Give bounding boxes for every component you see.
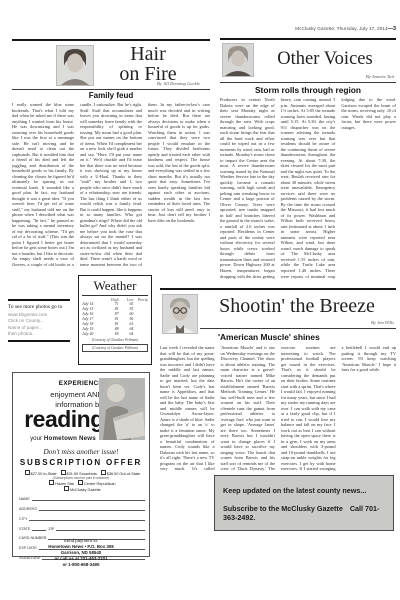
reading-photo (99, 378, 145, 440)
breeze-title: Shootin' the Breeze (198, 296, 396, 316)
ad-payment-block: Send payment to: Hometown News • P.O. Bo… (13, 538, 149, 568)
hair-byline: By Jill Denning Gackle (100, 81, 200, 86)
woman-portrait-icon (57, 46, 93, 85)
field-line-state-zip: STATEZIP (19, 527, 145, 531)
checkbox-icon (61, 470, 66, 475)
checkbox-icon (49, 480, 54, 485)
divider-rule (220, 82, 396, 83)
photos-note: To see more photos go to www.bhgnews.com… (8, 298, 70, 345)
man-portrait-icon (163, 295, 197, 333)
other-voices-title: Other Voices (254, 50, 396, 69)
photos-note-line: then photos. (8, 331, 70, 336)
banner-subscribe-text: Subscribe to the McClusky Gazette (223, 504, 343, 513)
columnist-photo-gackle (56, 45, 94, 86)
hair-headline: Family feud (12, 91, 210, 100)
checkbox-icon (78, 480, 83, 485)
ad-enjoyment: enjoyment AND (17, 390, 103, 399)
checkbox-icon (25, 470, 30, 475)
title-line1: Hair (98, 44, 198, 64)
photos-note-line: Click on County... (8, 318, 70, 323)
newspaper-page: McClusky Gazette; Thursday, July 17, 201… (0, 0, 400, 600)
subscribe-banner: Keep updated on the latest county news..… (214, 475, 394, 531)
ad-tagline: your Hometown News (17, 435, 109, 442)
photos-note-line: Name of paper... (8, 325, 70, 330)
divider-rule (200, 328, 396, 329)
voices-byline: By Annette Tait (280, 74, 394, 79)
weather-row: July 208564 (82, 332, 148, 337)
reading-person-icon (99, 378, 145, 440)
divider-rule (12, 89, 210, 90)
payment-line: or 1-800-658-3485 (13, 562, 149, 568)
ad-reading-word: reading (18, 406, 110, 433)
breeze-byline: By Jim Wills (280, 320, 394, 325)
ad-offer-title: SUBSCRIPTION OFFER (13, 458, 149, 467)
ad-dont-miss: Don't miss another issue! (13, 447, 149, 456)
photos-note-url: www.bhgnews.com (8, 312, 70, 317)
field-line-city: CITY (19, 517, 145, 521)
weather-box: Weather High Low Precip July 147165 July… (78, 275, 152, 365)
weather-courtesy-2: (Courtesy of Candace Pellman) (82, 344, 148, 352)
hair-on-fire-title: Hair on Fire (98, 44, 198, 85)
breeze-article-body: Last week I revealed the name that will … (160, 345, 396, 472)
field-line-name: NAME (19, 497, 145, 501)
weather-title: Weather (82, 278, 148, 296)
dateline-text: McClusky Gazette; Thursday, July 17, 201… (295, 26, 388, 31)
breeze-headline: 'American Muscle' shines (218, 332, 396, 342)
page-dateline: McClusky Gazette; Thursday, July 17, 201… (295, 26, 396, 32)
banner-line1: Keep updated on the latest county news..… (223, 486, 366, 495)
section-rule (220, 38, 396, 40)
section-rule (12, 39, 210, 41)
photos-note-line: To see more photos go to (8, 304, 70, 310)
section-rule (160, 288, 396, 290)
hair-article-body: I really wanted the blue stone bookends.… (12, 102, 210, 272)
price-options-row: $27.00 In-State $31.50 Snowbirds $36.00 … (16, 470, 146, 476)
voices-article-body: Producers in central North Dakota were o… (220, 97, 396, 284)
page-number: —3 (388, 26, 396, 32)
checkbox-icon (101, 470, 106, 475)
woman-portrait-icon (223, 44, 253, 76)
columnist-photo-tait (222, 43, 254, 77)
subscription-ad: EXPERIENCE enjoyment AND information by … (12, 372, 150, 557)
field-line-address: ADDRESS (19, 507, 145, 511)
note-rule (8, 340, 70, 342)
ad-experience: EXPERIENCE (17, 380, 103, 387)
banner-line2: Subscribe to the McClusky GazetteCall 70… (223, 504, 393, 522)
ad-options: $27.00 In-State $31.50 Snowbirds $36.00 … (16, 470, 146, 492)
note-rule (8, 299, 70, 301)
ad-tagline-prefix: your (30, 435, 44, 442)
ad-tagline-bold: Hometown News (44, 435, 96, 442)
voices-headline: Storm rolls through region (220, 85, 396, 95)
columnist-photo-wills (162, 294, 198, 334)
weather-courtesy-1: (Courtesy of Glendace Pellman) (82, 338, 148, 342)
